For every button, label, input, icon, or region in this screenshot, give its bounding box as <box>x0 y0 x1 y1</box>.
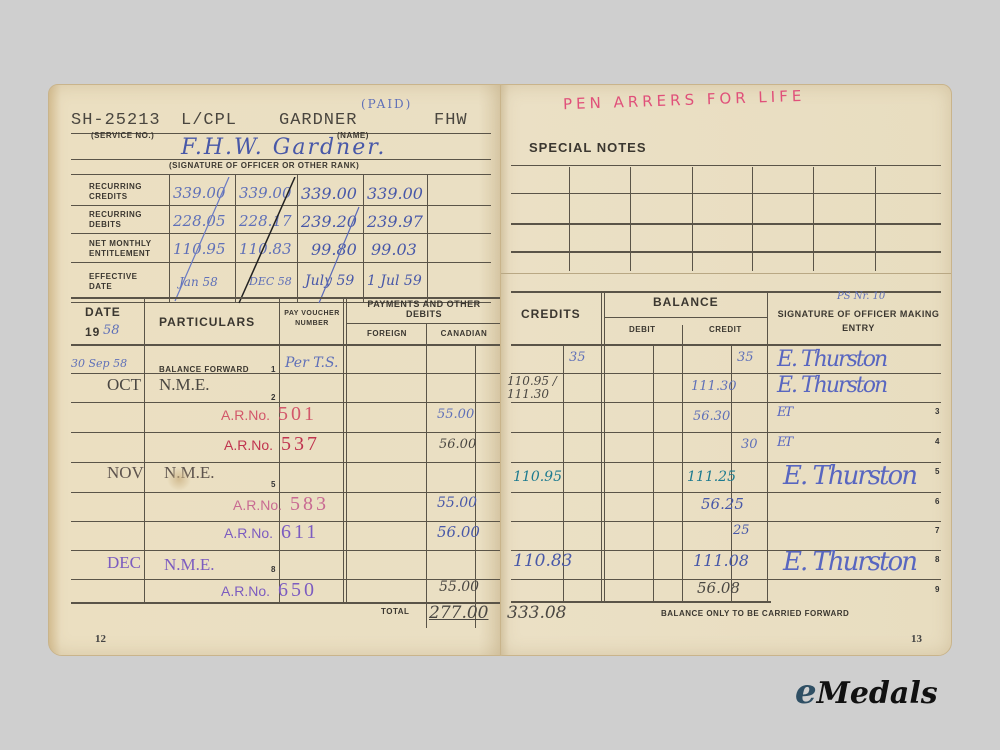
row-number: 9 <box>935 585 939 594</box>
effective-date-label: EFFECTIVE DATE <box>89 272 159 292</box>
stamped-ar-number: A.R.No. 611 <box>224 521 319 544</box>
row-particulars: N.M.E. <box>164 555 215 575</box>
initials: FHW <box>434 111 468 130</box>
row-date: 30 Sep 58 <box>71 357 127 370</box>
stamped-ar-number: A.R.No. 583 <box>233 493 329 516</box>
left-page: SH-25213 L/CPL GARDNER FHW (PAID) (SERVI… <box>48 84 502 656</box>
particulars-header: PARTICULARS <box>159 317 255 327</box>
signature-label: (SIGNATURE OF OFFICER OR OTHER RANK) <box>169 161 359 171</box>
balance-debit-header: DEBIT <box>629 325 656 335</box>
officer-signature: E. Thurston <box>783 547 916 577</box>
stamped-ar-number: A.R.No. 650 <box>221 579 317 602</box>
year-prefix: 19 <box>85 327 100 337</box>
ps-note: PS Nr. 10 <box>837 291 885 302</box>
carry-forward-note: BALANCE ONLY TO BE CARRIED FORWARD <box>661 609 849 619</box>
balance-credit-amount: 25 <box>733 523 750 538</box>
row-number: 4 <box>935 437 939 446</box>
total-label: TOTAL <box>381 607 409 617</box>
net-monthly-entitlement-label: NET MONTHLY ENTITLEMENT <box>89 239 167 259</box>
rank: L/CPL <box>181 111 237 130</box>
credit-amount: 110.95 / 111.30 <box>507 375 602 401</box>
special-notes-title: SPECIAL NOTES <box>529 143 647 153</box>
row-number: 7 <box>935 526 939 535</box>
stamped-ar-number: A.R.No. 501 <box>221 403 317 426</box>
balance-credit-amount: 56.30 <box>693 409 730 424</box>
pay-book-spread: SH-25213 L/CPL GARDNER FHW (PAID) (SERVI… <box>48 84 950 664</box>
strike-through-lines <box>169 177 409 305</box>
emedals-watermark: eMedals <box>795 672 938 712</box>
row-number: 8 <box>271 565 275 574</box>
credit-amount: 110.83 <box>513 551 572 571</box>
officer-signature: E. Thurston <box>777 347 886 372</box>
balance-credit-amount: 56.08 <box>697 579 740 597</box>
balance-credit-amount: 35 <box>737 350 754 365</box>
balance-credit-amount: 111.30 <box>691 379 737 394</box>
header-note: PEN ARRERS FOR LIFE <box>563 87 806 113</box>
officer-signature: ET <box>777 405 791 420</box>
credits-header: CREDITS <box>521 309 581 319</box>
row-particulars: BALANCE FORWARD <box>159 365 249 375</box>
right-page: PEN ARRERS FOR LIFE SPECIAL NOTES CREDIT… <box>500 84 952 656</box>
surname: GARDNER <box>279 111 357 130</box>
recurring-credits-label: RECURRING CREDITS <box>89 182 159 202</box>
row-number: 6 <box>935 497 939 506</box>
credits-total: 333.08 <box>507 603 566 623</box>
row-voucher: Per T.S. <box>285 355 339 371</box>
stain <box>167 467 191 491</box>
balance-credit-amount: 30 <box>741 437 758 452</box>
officer-signature: ET <box>777 435 791 450</box>
canadian-header: CANADIAN <box>429 329 499 339</box>
service-no-label: (SERVICE NO.) <box>91 131 154 141</box>
row-number: 3 <box>935 407 939 416</box>
pay-voucher-header: PAY VOUCHER NUMBER <box>283 309 341 329</box>
year-suffix: 58 <box>103 323 120 338</box>
stamped-ar-number: A.R.No. 537 <box>224 433 320 456</box>
row-date: NOV <box>107 463 144 483</box>
officer-signature: E. Thurston <box>783 461 916 491</box>
recurring-debits-label: RECURRING DEBITS <box>89 210 159 230</box>
row-date: OCT <box>107 375 141 395</box>
page-number-right: 13 <box>911 633 922 645</box>
balance-header: BALANCE <box>653 297 719 307</box>
total-value: 277.00 <box>429 603 488 623</box>
balance-credit-amount: 111.25 <box>687 469 736 485</box>
date-header: DATE <box>85 307 121 317</box>
paid-note: (PAID) <box>361 97 412 111</box>
balance-credit-header: CREDIT <box>709 325 742 335</box>
row-date: DEC <box>107 553 141 573</box>
canadian-amount: 55.00 <box>439 579 479 595</box>
foreign-header: FOREIGN <box>349 329 425 339</box>
row-particulars: N.M.E. <box>159 375 210 395</box>
row-number: 5 <box>271 480 275 489</box>
canadian-amount: 55.00 <box>437 407 474 422</box>
row-number: 8 <box>935 555 939 564</box>
page-number-left: 12 <box>95 633 106 645</box>
row-number: 5 <box>935 467 939 476</box>
credit-amount: 110.95 <box>513 469 562 485</box>
balance-credit-amount: 56.25 <box>701 495 744 513</box>
canadian-amount: 56.00 <box>439 437 476 452</box>
service-number: SH-25213 <box>71 111 161 130</box>
row-number: 1 <box>271 365 275 374</box>
canadian-amount: 55.00 <box>437 495 477 511</box>
canadian-amount: 56.00 <box>437 523 480 541</box>
balance-credit-amount: 111.08 <box>693 551 749 570</box>
signature-header: SIGNATURE OF OFFICER MAKING ENTRY <box>771 307 946 335</box>
officer-signature: E. Thurston <box>777 373 886 398</box>
holder-signature: F.H.W. Gardner. <box>181 135 386 160</box>
credit-amount: 35 <box>569 350 586 365</box>
payments-header: PAYMENTS AND OTHER DEBITS <box>349 299 499 319</box>
row-number: 2 <box>271 393 275 402</box>
